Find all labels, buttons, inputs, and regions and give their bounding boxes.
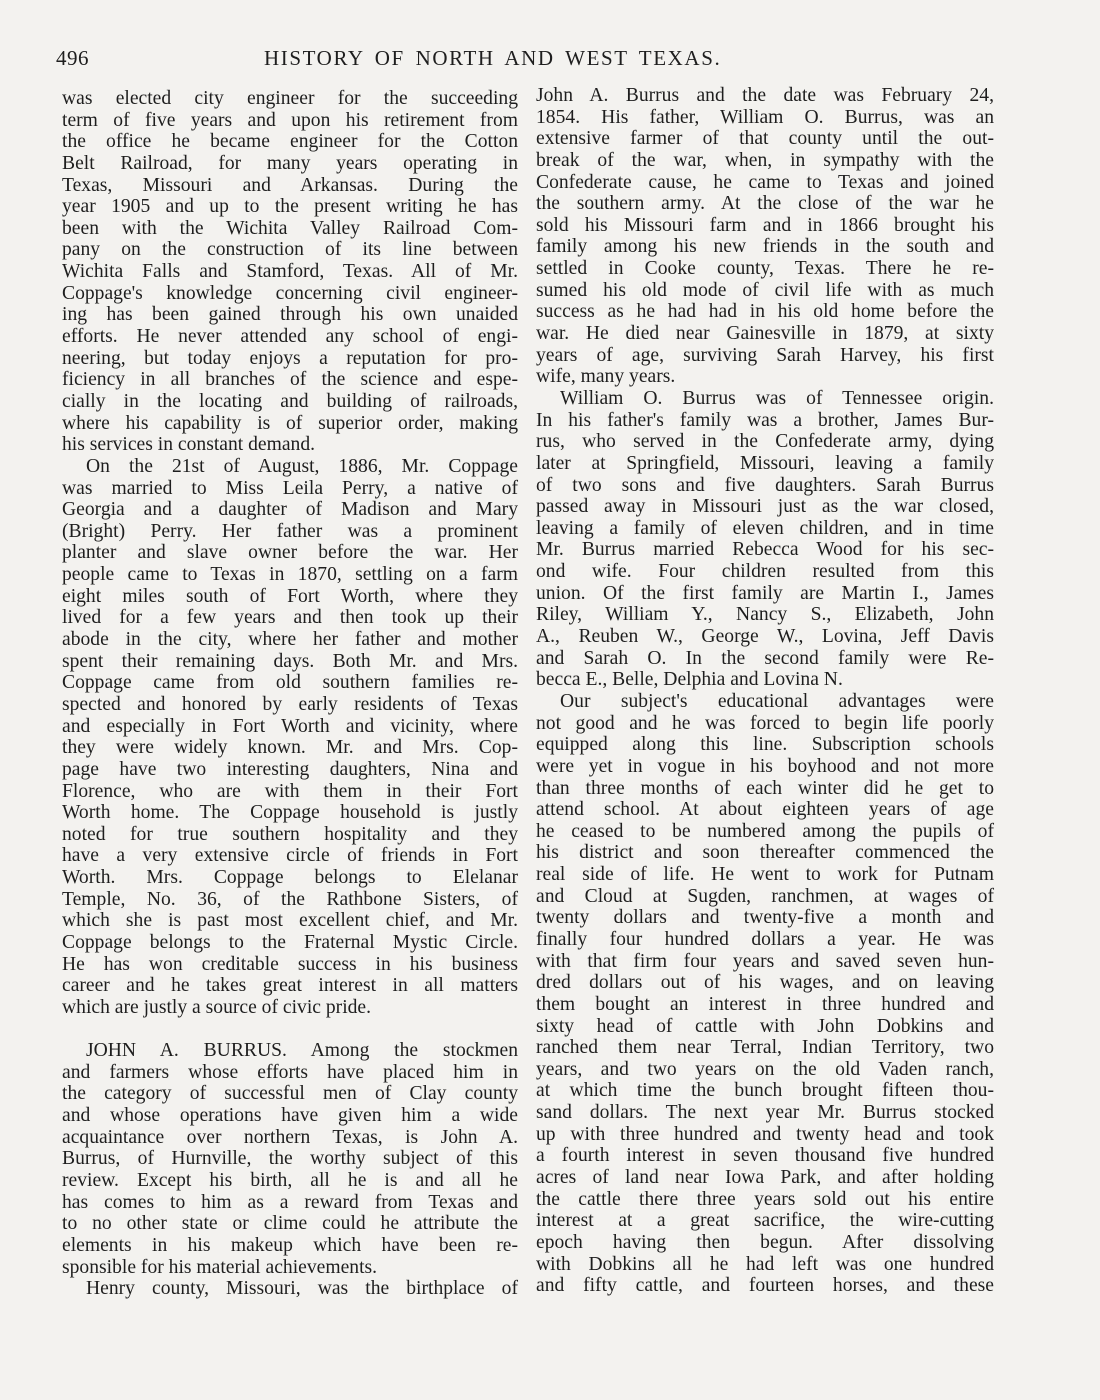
text-line: family among his new friends in the sout… <box>536 236 994 258</box>
text-line: dred dollars out of his wages, and on le… <box>536 972 994 994</box>
text-line: than three months of each winter did he … <box>536 778 994 800</box>
text-line: William O. Burrus was of Tennessee origi… <box>536 388 994 410</box>
text-line: efforts. He never attended any school of… <box>62 326 518 348</box>
text-line: elements in his makeup which have been r… <box>62 1235 518 1257</box>
section-gap <box>62 1019 518 1041</box>
text-line: John A. Burrus and the date was February… <box>536 85 994 107</box>
text-line: and farmers whose efforts have placed hi… <box>62 1062 518 1084</box>
text-line: up with three hundred and twenty head an… <box>536 1124 994 1146</box>
text-line: were yet in vogue in his boyhood and not… <box>536 756 994 778</box>
text-line: In his father's family was a brother, Ja… <box>536 410 994 432</box>
text-line: real side of life. He went to work for P… <box>536 864 994 886</box>
right-column: John A. Burrus and the date was February… <box>536 85 994 1297</box>
text-line: planter and slave owner before the war. … <box>62 542 518 564</box>
text-line: the cattle there three years sold out hi… <box>536 1189 994 1211</box>
text-line: spent their remaining days. Both Mr. and… <box>62 651 518 673</box>
text-line: equipped along this line. Subscription s… <box>536 734 994 756</box>
text-line: ond wife. Four children resulted from th… <box>536 561 994 583</box>
text-line: Georgia and a daughter of Madison and Ma… <box>62 499 518 521</box>
text-line: ranched them near Terral, Indian Territo… <box>536 1037 994 1059</box>
text-line: pany on the construction of its line bet… <box>62 239 518 261</box>
text-line: has comes to him as a reward from Texas … <box>62 1192 518 1214</box>
text-line: was elected city engineer for the succee… <box>62 88 518 110</box>
text-line: sold his Missouri farm and in 1866 broug… <box>536 215 994 237</box>
text-line: his services in constant demand. <box>62 434 518 456</box>
text-line: Temple, No. 36, of the Rathbone Sisters,… <box>62 889 518 911</box>
text-line: He has won creditable success in his bus… <box>62 954 518 976</box>
text-line: Henry county, Missouri, was the birthpla… <box>62 1278 518 1300</box>
text-line: review. Except his birth, all he is and … <box>62 1170 518 1192</box>
text-line: Wichita Falls and Stamford, Texas. All o… <box>62 261 518 283</box>
text-line: success as he had had in his old home be… <box>536 301 994 323</box>
text-line: ficiency in all branches of the science … <box>62 369 518 391</box>
running-head: HISTORY OF NORTH AND WEST TEXAS. <box>264 46 721 71</box>
text-line: page have two interesting daughters, Nin… <box>62 759 518 781</box>
text-line: acquaintance over northern Texas, is Joh… <box>62 1127 518 1149</box>
text-line: to no other state or clime could he attr… <box>62 1213 518 1235</box>
text-line: leaving a family of eleven children, and… <box>536 518 994 540</box>
text-line: a fourth interest in seven thousand five… <box>536 1145 994 1167</box>
text-line: twenty dollars and twenty-five a month a… <box>536 907 994 929</box>
text-line: sixty head of cattle with John Dobkins a… <box>536 1016 994 1038</box>
text-line: attend school. At about eighteen years o… <box>536 799 994 821</box>
text-line: of two sons and five daughters. Sarah Bu… <box>536 475 994 497</box>
text-line: Burrus, of Hurnville, the worthy subject… <box>62 1148 518 1170</box>
text-line: 1854. His father, William O. Burrus, was… <box>536 107 994 129</box>
text-line: he ceased to be numbered among the pupil… <box>536 821 994 843</box>
text-line: Florence, who are with them in their For… <box>62 781 518 803</box>
text-line: union. Of the first family are Martin I.… <box>536 583 994 605</box>
text-line: interest at a great sacrifice, the wire-… <box>536 1210 994 1232</box>
text-line: they were widely known. Mr. and Mrs. Cop… <box>62 737 518 759</box>
text-line: the category of successful men of Clay c… <box>62 1083 518 1105</box>
text-line: (Bright) Perry. Her father was a promine… <box>62 521 518 543</box>
text-line: years of age, surviving Sarah Harvey, hi… <box>536 345 994 367</box>
text-line: break of the war, when, in sympathy with… <box>536 150 994 172</box>
text-line: epoch having then begun. After dissolvin… <box>536 1232 994 1254</box>
text-line: Our subject's educational advantages wer… <box>536 691 994 713</box>
text-line: Texas, Missouri and Arkansas. During the <box>62 175 518 197</box>
text-line: Worth. Mrs. Coppage belongs to Elelanar <box>62 867 518 889</box>
text-line: cially in the locating and building of r… <box>62 391 518 413</box>
text-line: Worth home. The Coppage household is jus… <box>62 802 518 824</box>
text-line: which she is past most excellent chief, … <box>62 910 518 932</box>
text-line: rus, who served in the Confederate army,… <box>536 431 994 453</box>
text-line: lived for a few years and then took up t… <box>62 607 518 629</box>
page-number: 496 <box>56 46 89 71</box>
text-line: neering, but today enjoys a reputation f… <box>62 348 518 370</box>
page-header: 496 HISTORY OF NORTH AND WEST TEXAS. <box>56 46 996 76</box>
text-line: Coppage belongs to the Fraternal Mystic … <box>62 932 518 954</box>
left-column: was elected city engineer for the succee… <box>62 88 518 1300</box>
text-line: them bought an interest in three hundred… <box>536 994 994 1016</box>
text-line: and fifty cattle, and fourteen horses, a… <box>536 1275 994 1297</box>
text-line: Confederate cause, he came to Texas and … <box>536 172 994 194</box>
text-line: people came to Texas in 1870, settling o… <box>62 564 518 586</box>
text-line: at which time the bunch brought fifteen … <box>536 1080 994 1102</box>
text-line: later at Springfield, Missouri, leaving … <box>536 453 994 475</box>
text-line: eight miles south of Fort Worth, where t… <box>62 586 518 608</box>
text-line: spected and honored by early residents o… <box>62 694 518 716</box>
text-line: Coppage came from old southern families … <box>62 672 518 694</box>
text-line: term of five years and upon his retireme… <box>62 110 518 132</box>
text-line: his district and soon thereafter commenc… <box>536 842 994 864</box>
text-line: years, and two years on the old Vaden ra… <box>536 1059 994 1081</box>
text-line: not good and he was forced to begin life… <box>536 713 994 735</box>
text-line: where his capability is of superior orde… <box>62 413 518 435</box>
text-line: and whose operations have given him a wi… <box>62 1105 518 1127</box>
text-line: been with the Wichita Valley Railroad Co… <box>62 218 518 240</box>
text-line: which are justly a source of civic pride… <box>62 997 518 1019</box>
text-line: settled in Cooke county, Texas. There he… <box>536 258 994 280</box>
text-line: noted for true southern hospitality and … <box>62 824 518 846</box>
text-line: becca E., Belle, Delphia and Lovina N. <box>536 669 994 691</box>
text-line: Mr. Burrus married Rebecca Wood for his … <box>536 539 994 561</box>
text-line: and Cloud at Sugden, ranchmen, at wages … <box>536 886 994 908</box>
text-line: abode in the city, where her father and … <box>62 629 518 651</box>
text-line: Coppage's knowledge concerning civil eng… <box>62 283 518 305</box>
text-line: career and he takes great interest in al… <box>62 975 518 997</box>
text-line: On the 21st of August, 1886, Mr. Coppage <box>62 456 518 478</box>
text-line: Riley, William Y., Nancy S., Elizabeth, … <box>536 604 994 626</box>
text-line: and Sarah O. In the second family were R… <box>536 648 994 670</box>
text-line: finally four hundred dollars a year. He … <box>536 929 994 951</box>
text-line: year 1905 and up to the present writing … <box>62 196 518 218</box>
text-line: was married to Miss Leila Perry, a nativ… <box>62 478 518 500</box>
text-line: with Dobkins all he had left was one hun… <box>536 1254 994 1276</box>
text-line: passed away in Missouri just as the war … <box>536 496 994 518</box>
text-line: Belt Railroad, for many years operating … <box>62 153 518 175</box>
text-line: sponsible for his material achievements. <box>62 1257 518 1279</box>
text-line: A., Reuben W., George W., Lovina, Jeff D… <box>536 626 994 648</box>
text-line: the office he became engineer for the Co… <box>62 131 518 153</box>
text-line: and especially in Fort Worth and vicinit… <box>62 716 518 738</box>
text-line: with that firm four years and saved seve… <box>536 951 994 973</box>
text-line: the southern army. At the close of the w… <box>536 193 994 215</box>
text-line: sumed his old mode of civil life with as… <box>536 280 994 302</box>
text-line: JOHN A. BURRUS. Among the stockmen <box>62 1040 518 1062</box>
text-line: sand dollars. The next year Mr. Burrus s… <box>536 1102 994 1124</box>
text-line: extensive farmer of that county until th… <box>536 128 994 150</box>
text-line: ing has been gained through his own unai… <box>62 304 518 326</box>
text-line: have a very extensive circle of friends … <box>62 845 518 867</box>
text-line: acres of land near Iowa Park, and after … <box>536 1167 994 1189</box>
text-line: war. He died near Gainesville in 1879, a… <box>536 323 994 345</box>
text-line: wife, many years. <box>536 366 994 388</box>
